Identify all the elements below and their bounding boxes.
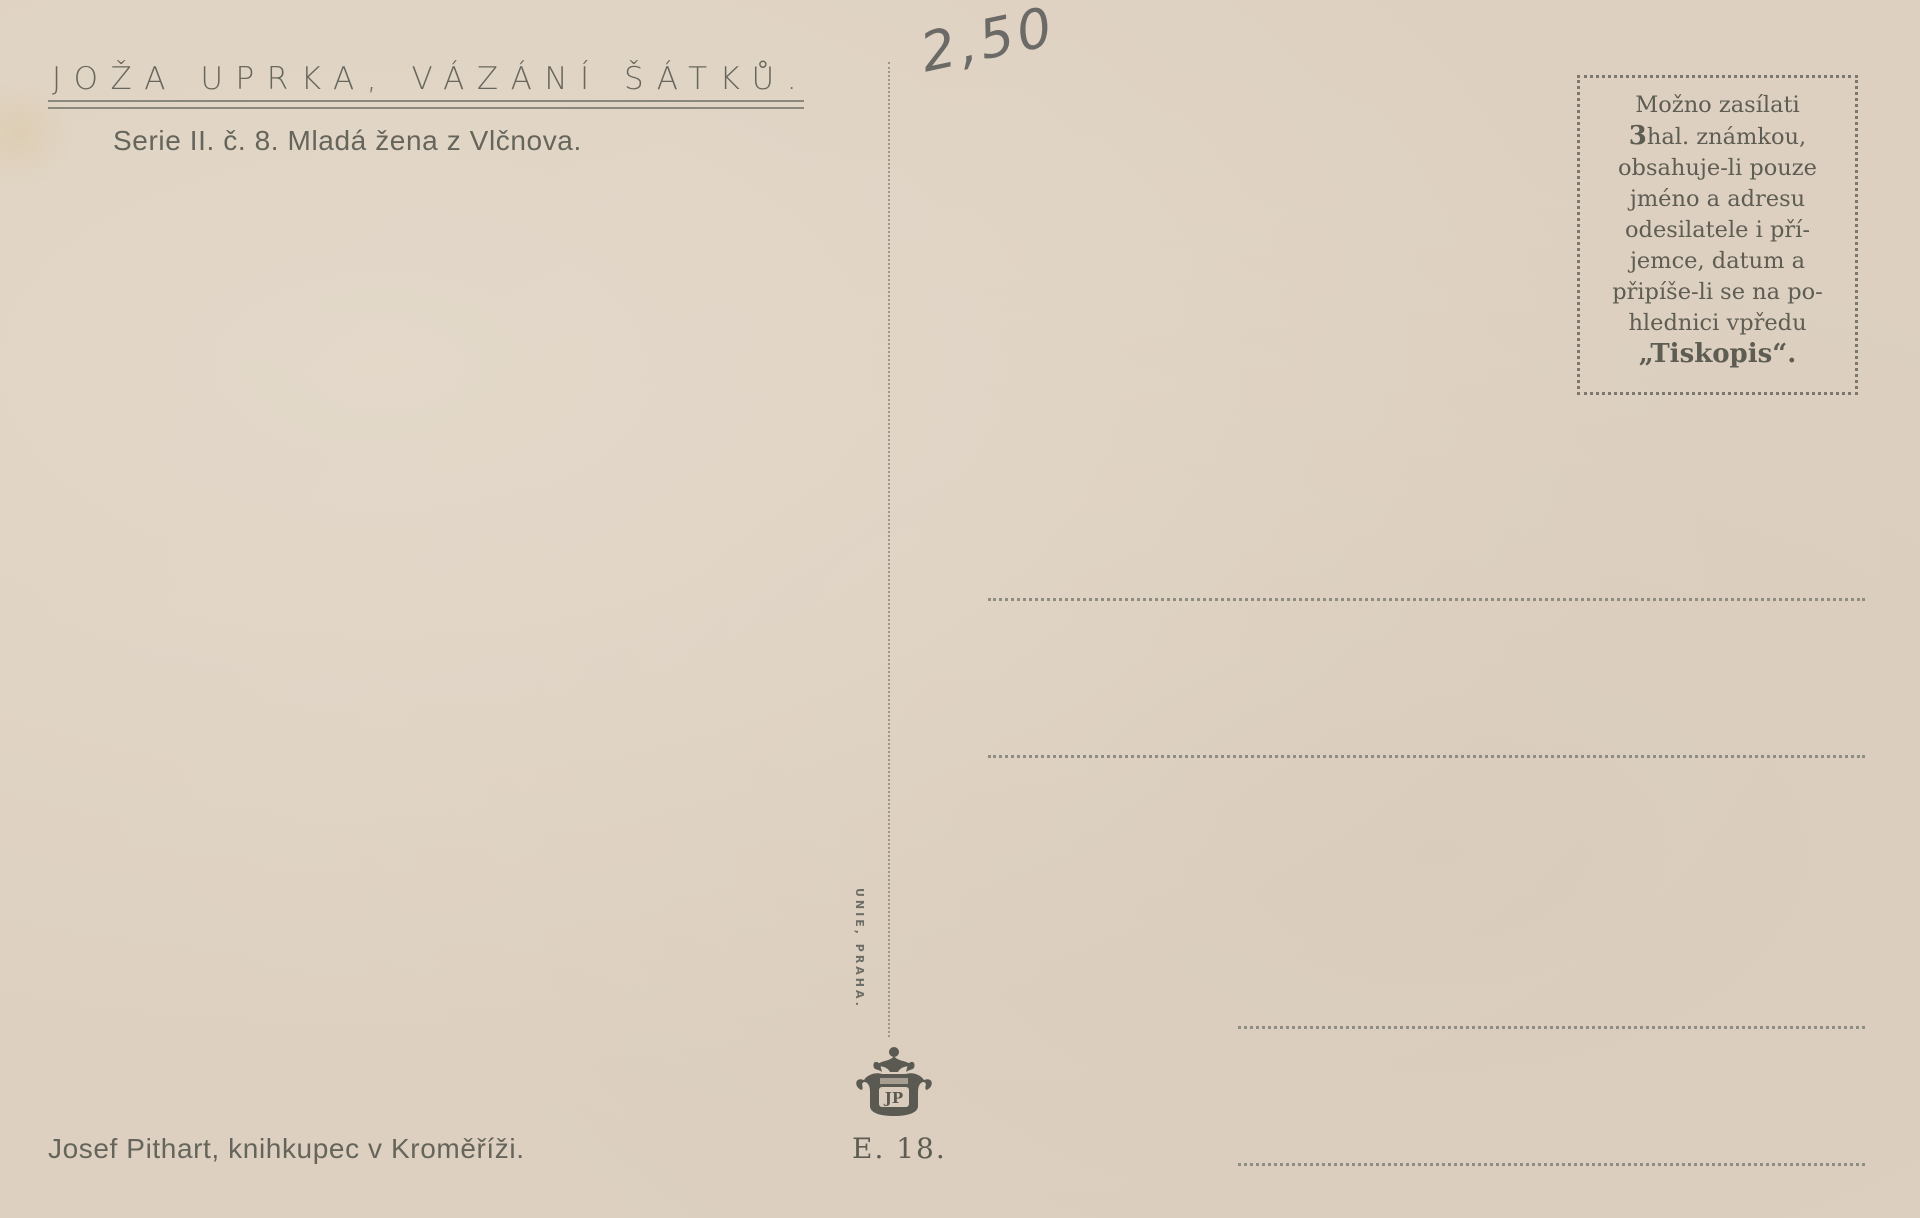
title-rule-top bbox=[48, 100, 804, 102]
publisher-imprint: Josef Pithart, knihkupec v Kroměříži. bbox=[48, 1133, 525, 1165]
stamp-text-line: hlednici vpředu bbox=[1580, 308, 1855, 339]
stamp-text-line: Možno zasílati bbox=[1580, 90, 1855, 121]
address-line-2 bbox=[988, 755, 1865, 758]
stamp-text-line: jméno a adresu bbox=[1580, 184, 1855, 215]
address-line-3 bbox=[1238, 1026, 1865, 1029]
printer-imprint: UNIE, PRAHA. bbox=[853, 888, 866, 1009]
pencil-price-note: 2,50 bbox=[915, 0, 1061, 84]
svg-text:JP: JP bbox=[883, 1089, 903, 1107]
stamp-value-rest: hal. známkou, bbox=[1647, 124, 1806, 150]
center-divider-dotted-line bbox=[888, 62, 890, 1037]
publisher-crest-icon: JP bbox=[850, 1042, 938, 1122]
address-line-1 bbox=[988, 598, 1865, 601]
edition-number: E. 18. bbox=[852, 1132, 947, 1165]
stamp-placement-box: Možno zasílati 3hal. známkou, obsahuje-l… bbox=[1577, 75, 1858, 395]
stamp-text-line: jemce, datum a bbox=[1580, 246, 1855, 277]
title-rule-bottom bbox=[48, 107, 804, 109]
address-line-4 bbox=[1238, 1163, 1865, 1166]
stamp-text-emphasis: „Tiskopis“. bbox=[1580, 339, 1855, 370]
stamp-text-line: odesilatele i pří- bbox=[1580, 215, 1855, 246]
stamp-text-line: obsahuje-li pouze bbox=[1580, 153, 1855, 184]
series-subtitle: Serie II. č. 8. Mladá žena z Vlčnova. bbox=[113, 125, 582, 157]
stamp-text-line: připíše-li se na po- bbox=[1580, 277, 1855, 308]
stamp-value: 3 bbox=[1629, 121, 1647, 151]
postcard-title: JOŽA UPRKA, VÁZÁNÍ ŠÁTKŮ. bbox=[52, 62, 809, 96]
stamp-text-line: 3hal. známkou, bbox=[1580, 121, 1855, 153]
